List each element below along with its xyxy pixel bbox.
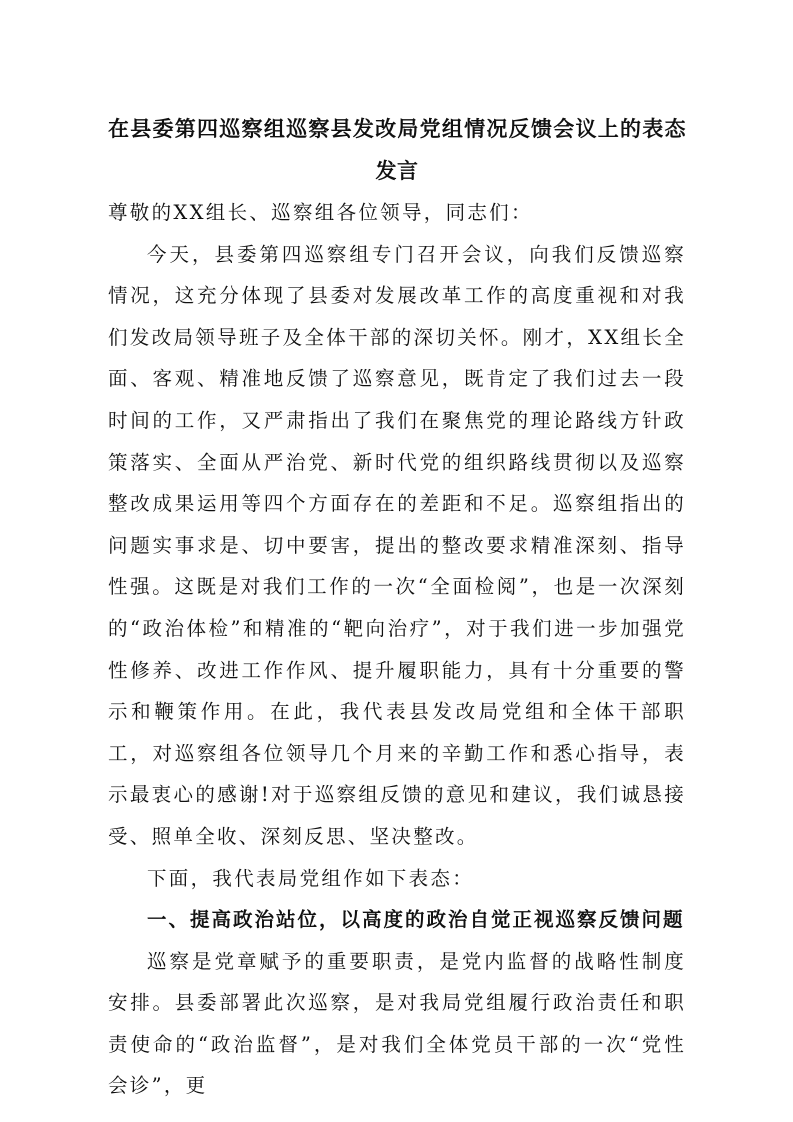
section-1-paragraph: 巡察是党章赋予的重要职责，是党内监督的战略性制度安排。县委部署此次巡察，是对我局… [108,941,686,1107]
paragraph-transition: 下面，我代表局党组作如下表态： [108,858,686,900]
document-page: 在县委第四巡察组巡察县发改局党组情况反馈会议上的表态发言 尊敬的XX组长、巡察组… [108,108,686,1107]
section-heading-1: 一、提高政治站位，以高度的政治自觉正视巡察反馈问题 [108,899,686,941]
paragraph-opening: 今天，县委第四巡察组专门召开会议，向我们反馈巡察情况，这充分体现了县委对发展改革… [108,234,686,858]
document-title: 在县委第四巡察组巡察县发改局党组情况反馈会议上的表态发言 [108,108,686,192]
salutation: 尊敬的XX组长、巡察组各位领导，同志们： [108,192,686,234]
